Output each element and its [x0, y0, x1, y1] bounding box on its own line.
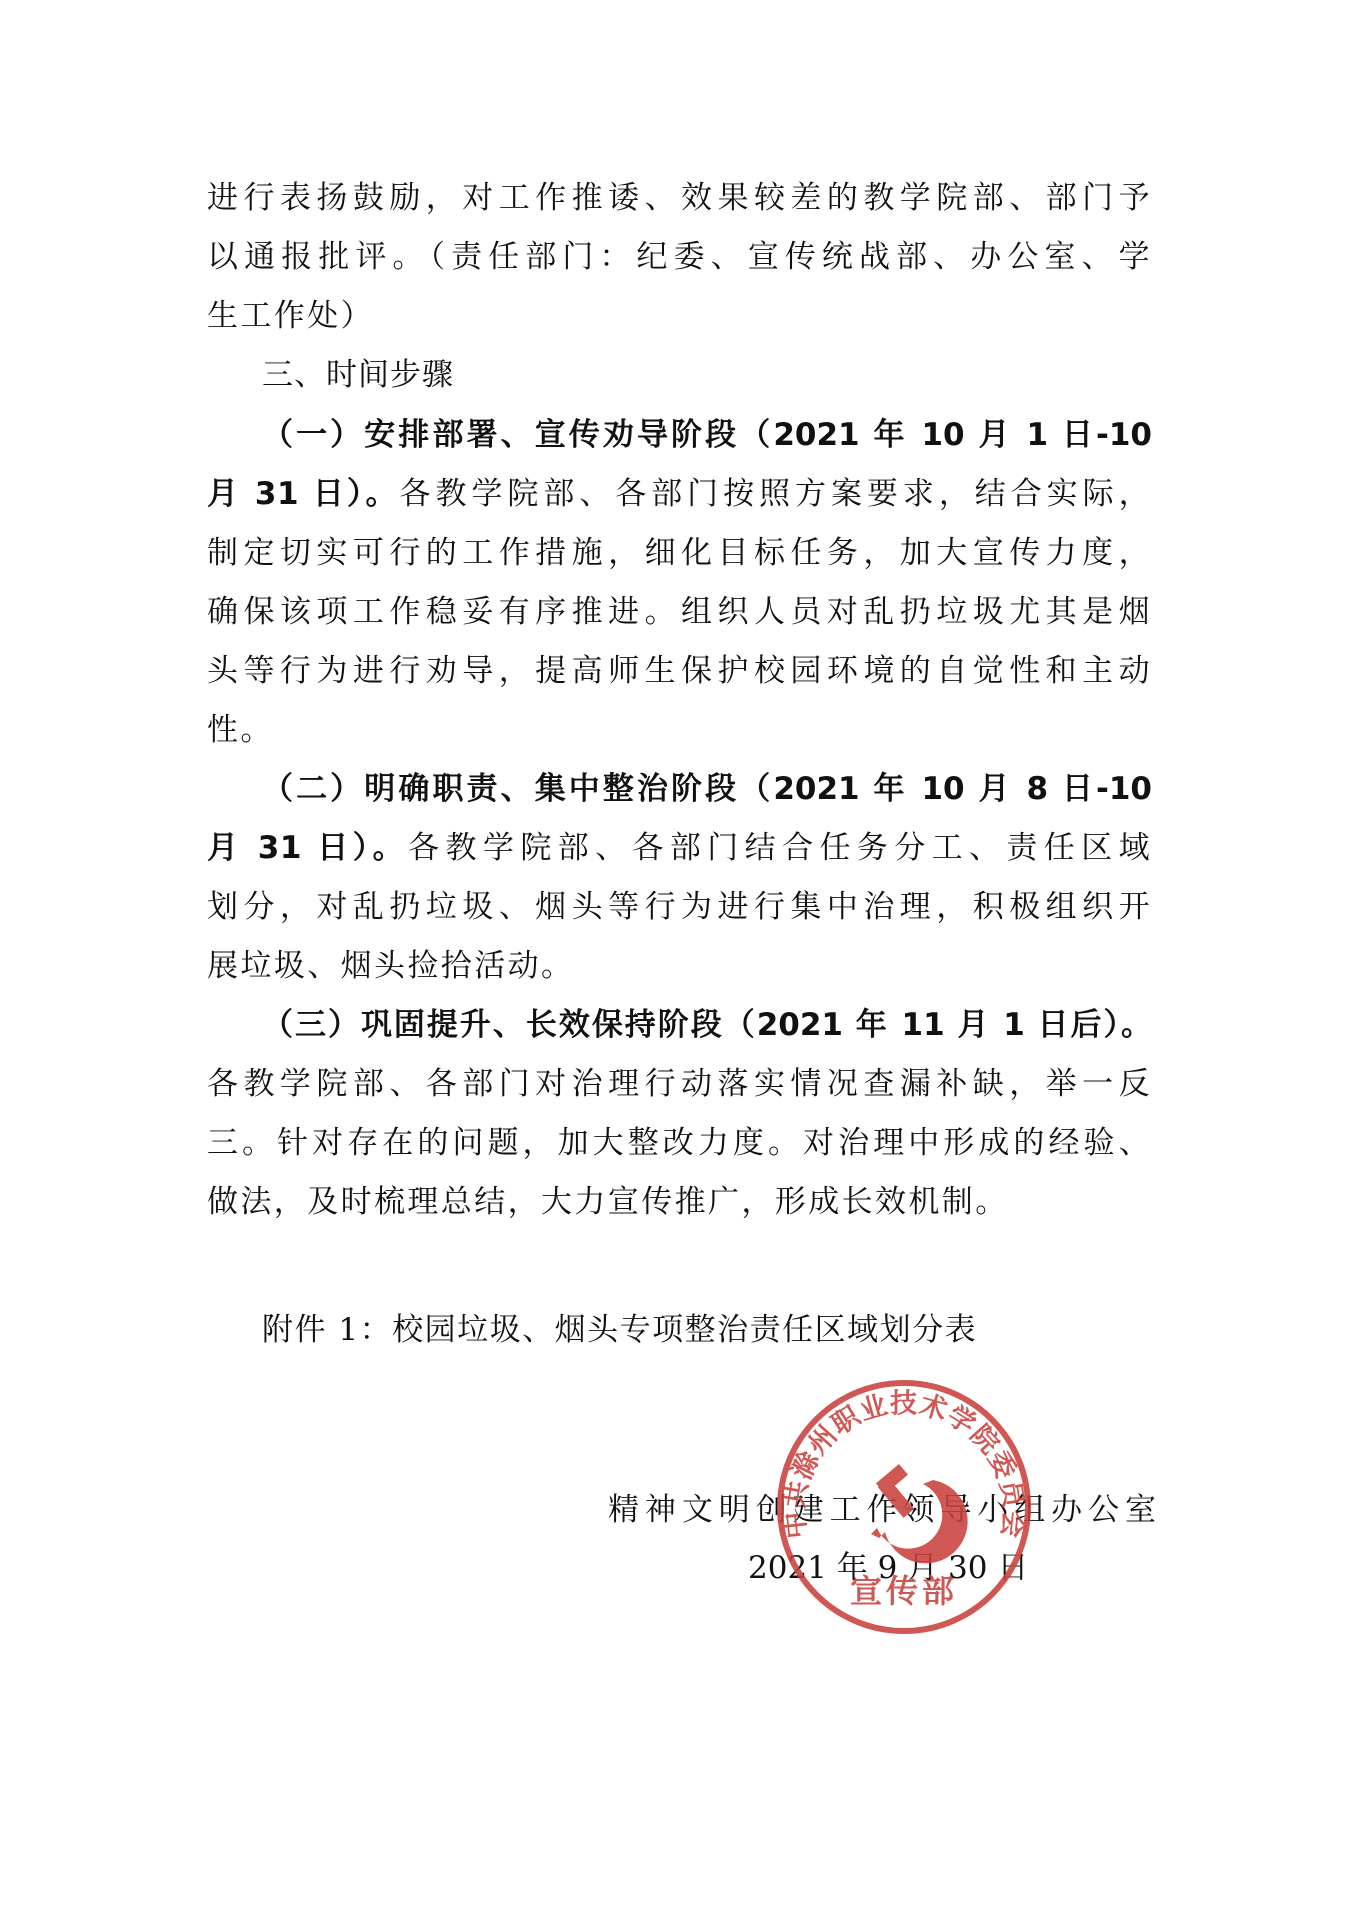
- stage-line: 月 31 日）。各教学院部、各部门结合任务分工、责任区域: [207, 828, 1152, 868]
- document-page: 进行表扬鼓励，对工作推诿、效果较差的教学院部、部门予 以通报批评。（责任部门：纪…: [0, 0, 1358, 1920]
- attachment-reference: 附件 1：校园垃圾、烟头专项整治责任区域划分表: [262, 1310, 977, 1350]
- paragraph-line: 生工作处）: [207, 296, 1152, 336]
- stage-title: （一）安排部署、宣传劝导阶段（2021 年 10 月 1 日-10: [262, 415, 1152, 455]
- section-heading: 三、时间步骤: [262, 355, 1152, 395]
- paragraph-line: 各教学院部、各部门对治理行动落实情况查漏补缺，举一反: [207, 1064, 1152, 1104]
- stage-title: （三）巩固提升、长效保持阶段（2021 年 11 月 1 日后）。: [262, 1005, 1152, 1045]
- paragraph-line: 进行表扬鼓励，对工作推诿、效果较差的教学院部、部门予: [207, 178, 1152, 218]
- stage-line: 月 31 日）。各教学院部、各部门按照方案要求，结合实际，: [207, 474, 1152, 514]
- stage-title-end: 月 31 日）。: [207, 476, 400, 512]
- paragraph-line: 确保该项工作稳妥有序推进。组织人员对乱扔垃圾尤其是烟: [207, 592, 1152, 632]
- stage-text: 各教学院部、各部门结合任务分工、责任区域: [408, 830, 1152, 866]
- paragraph-line: 做法，及时梳理总结，大力宣传推广，形成长效机制。: [207, 1182, 1152, 1222]
- paragraph-line: 头等行为进行劝导，提高师生保护校园环境的自觉性和主动: [207, 651, 1152, 691]
- stage-text: 各教学院部、各部门按照方案要求，结合实际，: [400, 476, 1152, 512]
- paragraph-line: 三。针对存在的问题，加大整改力度。对治理中形成的经验、: [207, 1123, 1152, 1163]
- issue-date: 2021 年 9 月 30 日: [748, 1548, 1023, 1588]
- paragraph-line: 以通报批评。（责任部门：纪委、宣传统战部、办公室、学: [207, 237, 1152, 277]
- paragraph-line: 展垃圾、烟头捡拾活动。: [207, 946, 1152, 986]
- issuer-signature: 精神文明创建工作领导小组办公室: [608, 1490, 1156, 1530]
- paragraph-line: 制定切实可行的工作措施，细化目标任务，加大宣传力度，: [207, 533, 1152, 573]
- stage-title-end: 月 31 日）。: [207, 830, 408, 866]
- paragraph-line: 划分，对乱扔垃圾、烟头等行为进行集中治理，积极组织开: [207, 887, 1152, 927]
- paragraph-line: 性。: [207, 710, 1152, 750]
- stage-title: （二）明确职责、集中整治阶段（2021 年 10 月 8 日-10: [262, 769, 1152, 809]
